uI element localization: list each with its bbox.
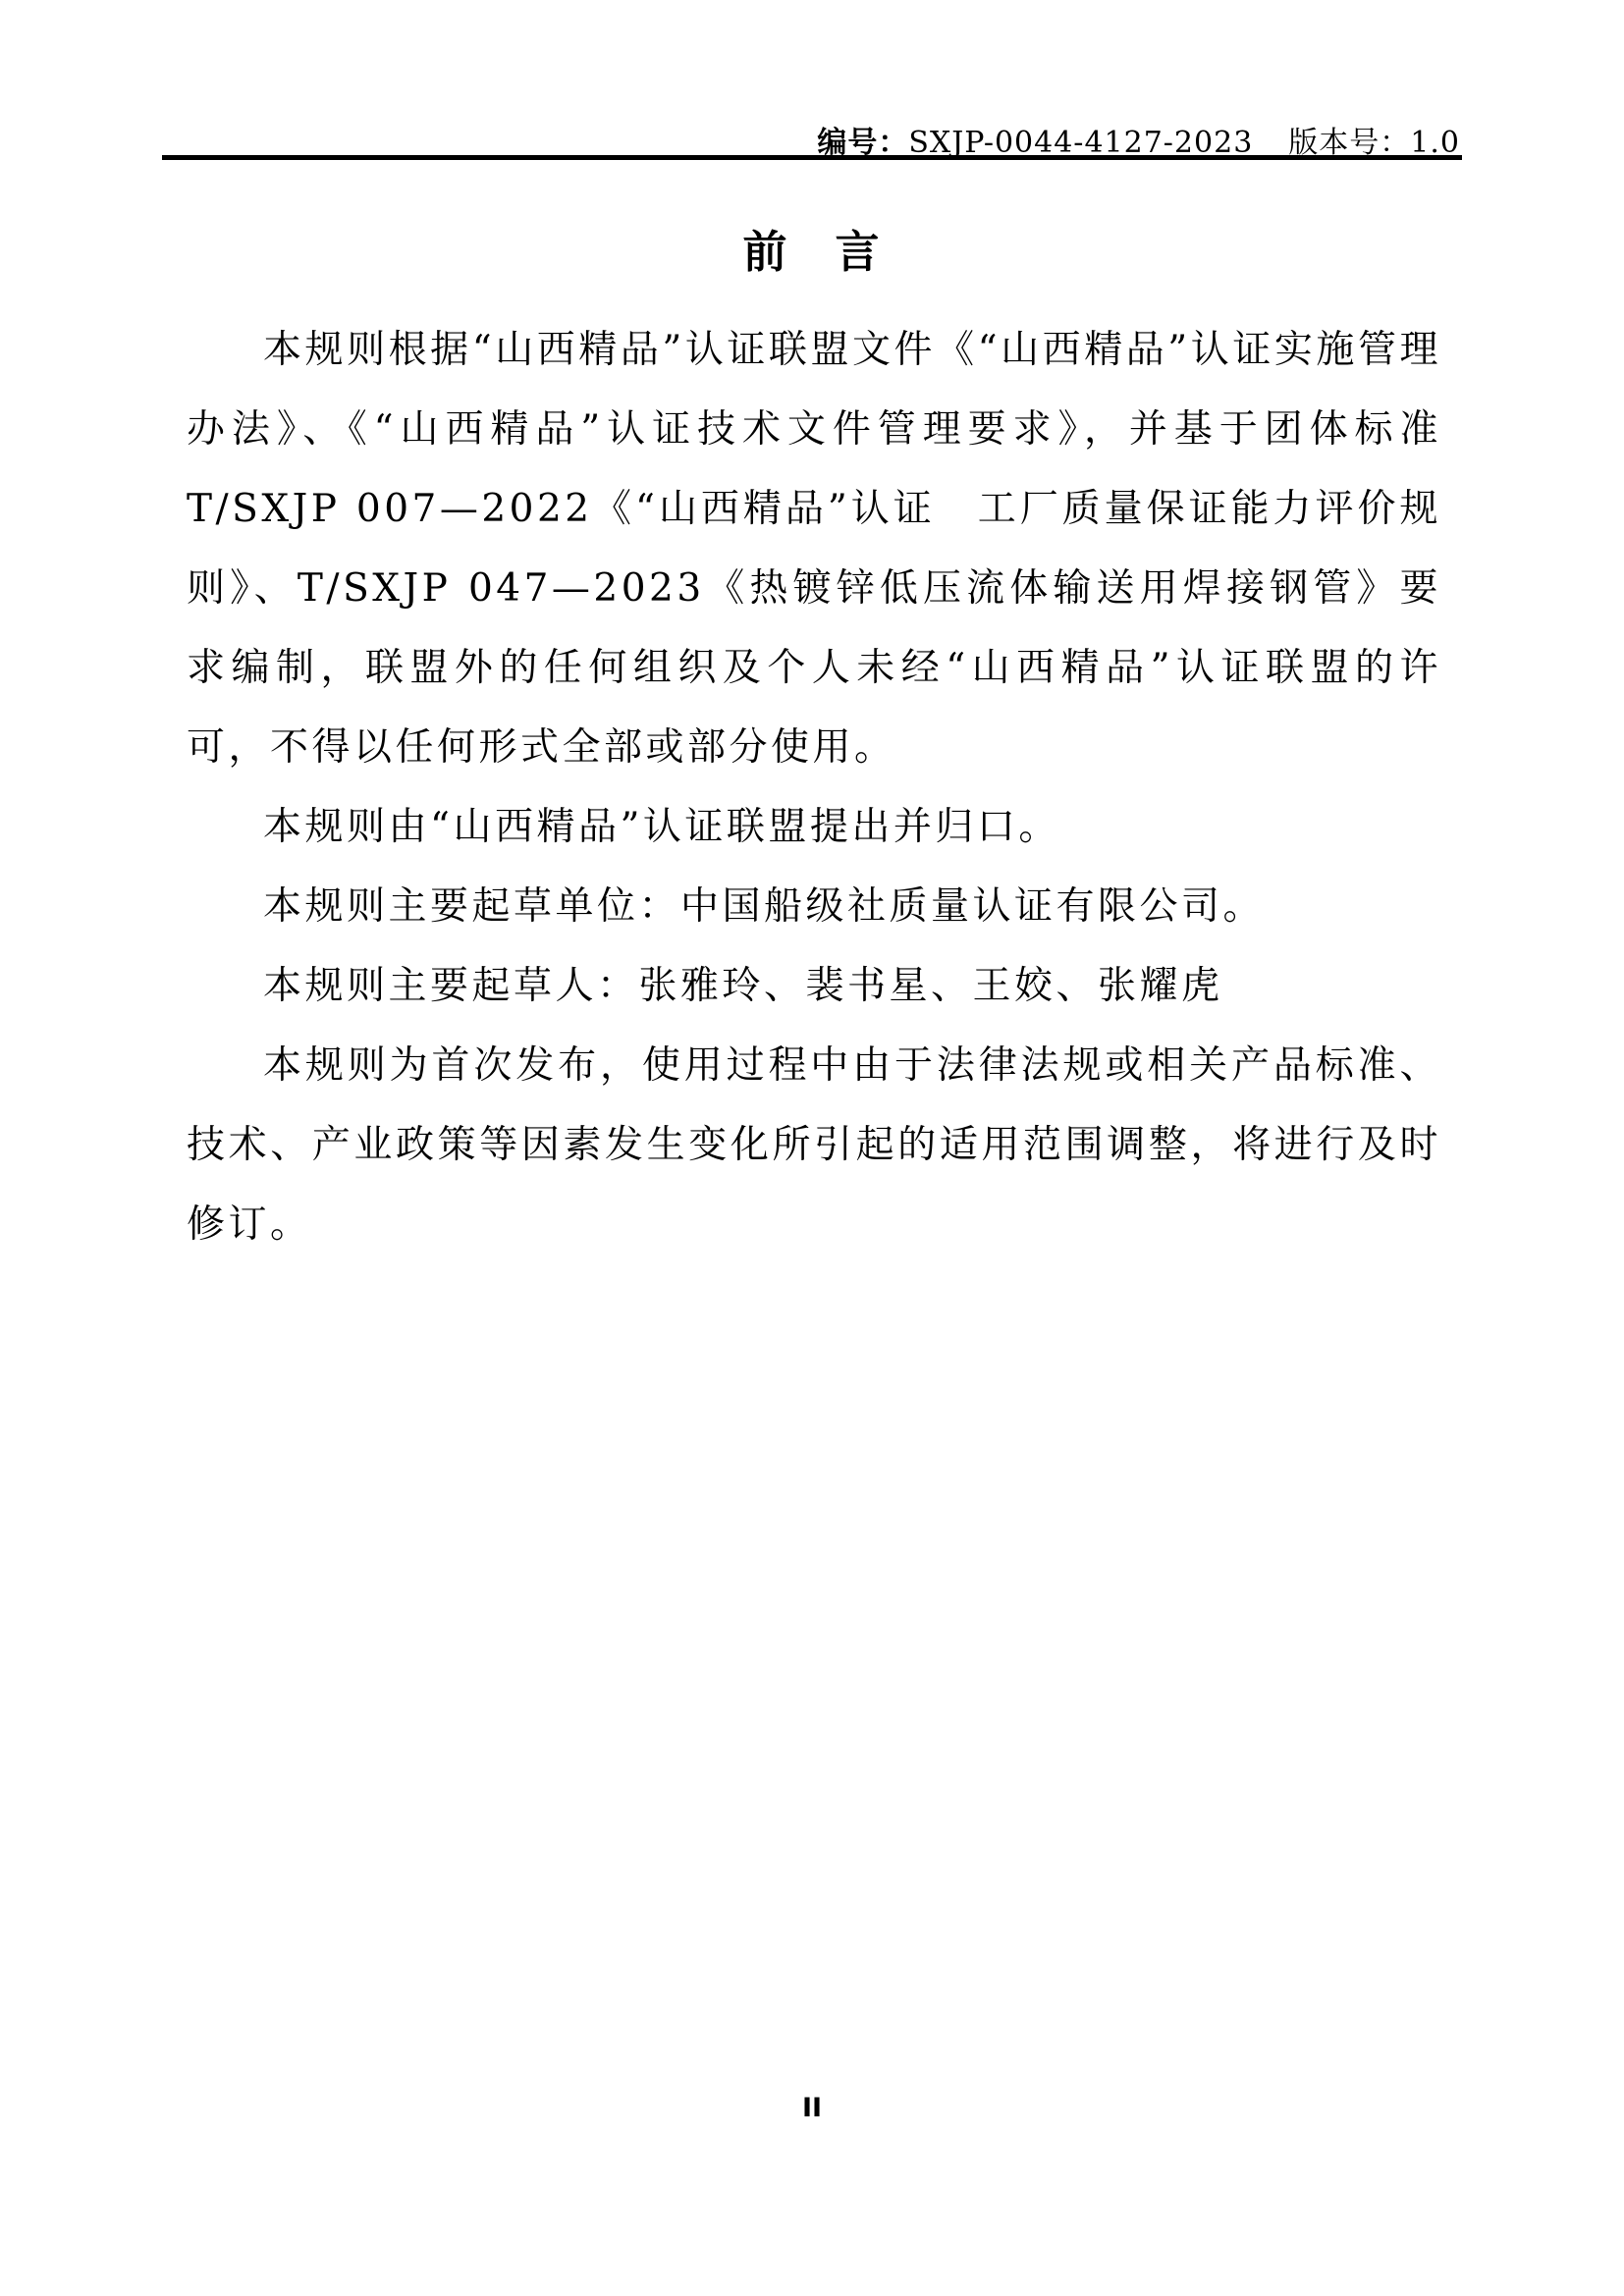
header-rule	[162, 155, 1462, 160]
document-page: 编号：SXJP-0044-4127-2023版本号：1.0 前 言 本规则根据“…	[0, 0, 1624, 2296]
paragraph-proposer: 本规则由“山西精品”认证联盟提出并归口。	[187, 787, 1441, 867]
paragraph-intro: 本规则根据“山西精品”认证联盟文件《“山西精品”认证实施管理办法》、《“山西精品…	[187, 310, 1441, 787]
paragraph-drafting-unit: 本规则主要起草单位：中国船级社质量认证有限公司。	[187, 867, 1441, 946]
document-body: 本规则根据“山西精品”认证联盟文件《“山西精品”认证实施管理办法》、《“山西精品…	[187, 310, 1441, 1264]
paragraph-revision-note: 本规则为首次发布，使用过程中由于法律法规或相关产品标准、技术、产业政策等因素发生…	[187, 1026, 1441, 1264]
paragraph-drafters: 本规则主要起草人：张雅玲、裴书星、王姣、张耀虎	[187, 946, 1441, 1026]
page-number: II	[0, 2093, 1624, 2123]
page-title: 前 言	[0, 216, 1624, 280]
